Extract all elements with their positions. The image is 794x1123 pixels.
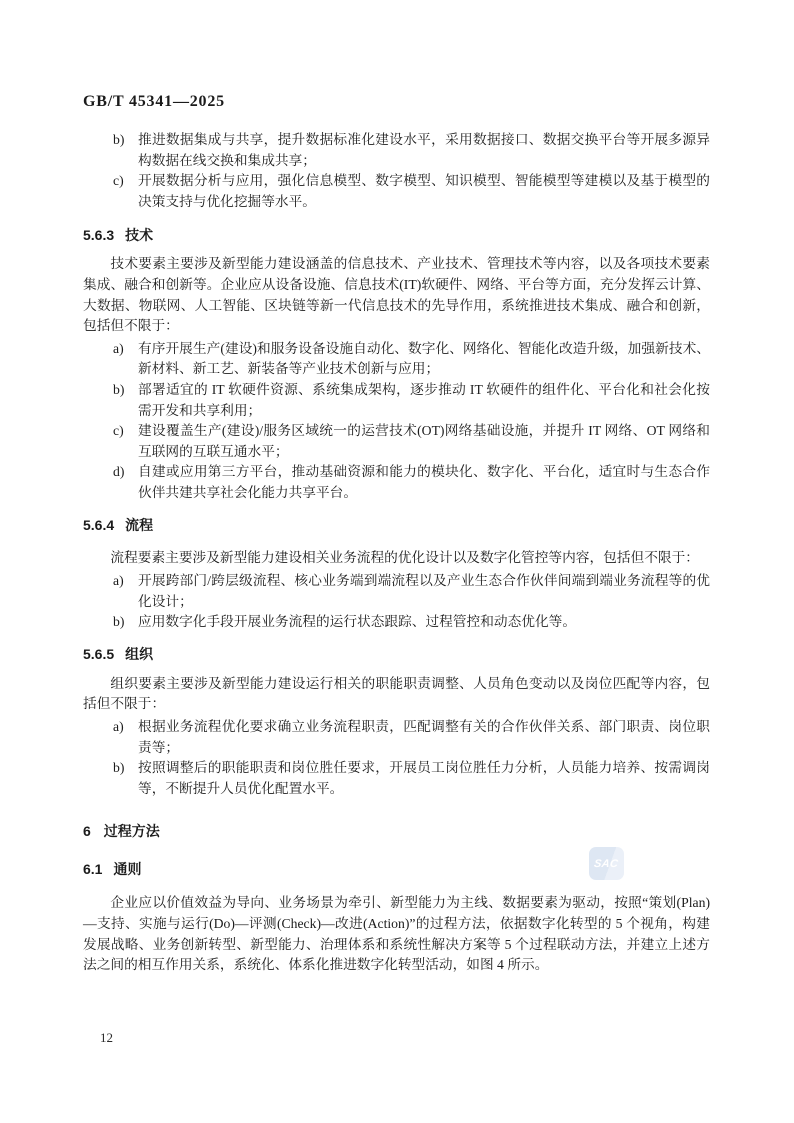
paragraph-6-1: 企业应以价值效益为导向、业务场景为牵引、新型能力为主线、数据要素为驱动，按照“策… [83,893,710,975]
list-item: d) 自建或应用第三方平台，推动基础资源和能力的模块化、数字化、平台化，适宜时与… [83,462,710,503]
paragraph-5-6-4: 流程要素主要涉及新型能力建设相关业务流程的优化设计以及数字化管控等内容，包括但不… [83,548,710,569]
list-item-label: b) [113,380,124,401]
sac-watermark-text: SAC [594,858,620,870]
list-item: a) 有序开展生产(建设)和服务设备设施自动化、数字化、网络化、智能化改造升级，… [83,339,710,380]
list-item-text: 建设覆盖生产(建设)/服务区域统一的运营技术(OT)网络基础设施，并提升 IT … [138,423,710,459]
clause-title: 通则 [113,861,141,877]
list-item-text: 开展数据分析与应用，强化信息模型、数字模型、知识模型、智能模型等建模以及基于模型… [138,173,710,209]
clause-number: 6 [83,823,91,839]
list-item-label: a) [113,571,124,592]
list-item-text: 开展跨部门/跨层级流程、核心业务端到端流程以及产业生态合作伙伴间端到端业务流程等… [138,573,710,609]
list-item-label: d) [113,462,124,483]
list-item-label: b) [113,612,124,633]
list-item-text: 应用数字化手段开展业务流程的运行状态跟踪、过程管控和动态优化等。 [138,614,576,629]
heading-5-6-5: 5.6.5组织 [83,646,710,662]
paragraph-5-6-3: 技术要素主要涉及新型能力建设涵盖的信息技术、产业技术、管理技术等内容，以及各项技… [83,254,710,336]
list-item-label: b) [113,130,124,151]
clause-number: 6.1 [83,861,102,877]
clause-number: 5.6.4 [83,517,114,533]
list-5-6-4: a) 开展跨部门/跨层级流程、核心业务端到端流程以及产业生态合作伙伴间端到端业务… [83,571,710,633]
clause-number: 5.6.5 [83,646,114,662]
list-item-label: a) [113,339,124,360]
list-item-label: a) [113,717,124,738]
clause-title: 组织 [125,646,153,662]
clause-title: 过程方法 [104,823,160,839]
heading-6: 6过程方法 [83,823,710,839]
sac-watermark: SAC [589,847,624,880]
list-item: b) 应用数字化手段开展业务流程的运行状态跟踪、过程管控和动态优化等。 [83,612,710,633]
list-item: c) 开展数据分析与应用，强化信息模型、数字模型、知识模型、智能模型等建模以及基… [83,171,710,212]
page-number: 12 [100,1031,113,1045]
document-page: GB/T 45341—2025 b) 推进数据集成与共享，提升数据标准化建设水平… [0,0,794,1123]
list-item: a) 开展跨部门/跨层级流程、核心业务端到端流程以及产业生态合作伙伴间端到端业务… [83,571,710,612]
list-item: a) 根据业务流程优化要求确立业务流程职责，匹配调整有关的合作伙伴关系、部门职责… [83,717,710,758]
list-item-text: 有序开展生产(建设)和服务设备设施自动化、数字化、网络化、智能化改造升级，加强新… [138,341,710,377]
list-item-label: c) [113,171,124,192]
clause-number: 5.6.3 [83,227,114,243]
page-content: GB/T 45341—2025 b) 推进数据集成与共享，提升数据标准化建设水平… [83,94,710,976]
list-item-label: b) [113,758,124,779]
paragraph-5-6-5: 组织要素主要涉及新型能力建设运行相关的职能职责调整、人员角色变动以及岗位匹配等内… [83,674,710,715]
heading-5-6-3: 5.6.3技术 [83,227,710,243]
list-item-text: 部署适宜的 IT 软硬件资源、系统集成架构，逐步推动 IT 软硬件的组件化、平台… [138,382,710,418]
list-5-6-3: a) 有序开展生产(建设)和服务设备设施自动化、数字化、网络化、智能化改造升级，… [83,339,710,504]
list-item-label: c) [113,421,124,442]
list-item: b) 推进数据集成与共享，提升数据标准化建设水平，采用数据接口、数据交换平台等开… [83,130,710,171]
list-item-text: 按照调整后的职能职责和岗位胜任要求，开展员工岗位胜任力分析，人员能力培养、按需调… [138,760,710,796]
list-item-text: 自建或应用第三方平台，推动基础资源和能力的模块化、数字化、平台化，适宜时与生态合… [138,464,710,500]
standard-number-header: GB/T 45341—2025 [83,94,710,110]
list-5-6-5: a) 根据业务流程优化要求确立业务流程职责，匹配调整有关的合作伙伴关系、部门职责… [83,717,710,799]
list-item: b) 按照调整后的职能职责和岗位胜任要求，开展员工岗位胜任力分析，人员能力培养、… [83,758,710,799]
list-item: c) 建设覆盖生产(建设)/服务区域统一的运营技术(OT)网络基础设施，并提升 … [83,421,710,462]
list-item: b) 部署适宜的 IT 软硬件资源、系统集成架构，逐步推动 IT 软硬件的组件化… [83,380,710,421]
list-item-text: 根据业务流程优化要求确立业务流程职责，匹配调整有关的合作伙伴关系、部门职责、岗位… [138,719,710,755]
clause-title: 流程 [125,517,153,533]
clause-title: 技术 [125,227,153,243]
heading-5-6-4: 5.6.4流程 [83,517,710,533]
intro-list: b) 推进数据集成与共享，提升数据标准化建设水平，采用数据接口、数据交换平台等开… [83,130,710,212]
list-item-text: 推进数据集成与共享，提升数据标准化建设水平，采用数据接口、数据交换平台等开展多源… [138,132,710,168]
